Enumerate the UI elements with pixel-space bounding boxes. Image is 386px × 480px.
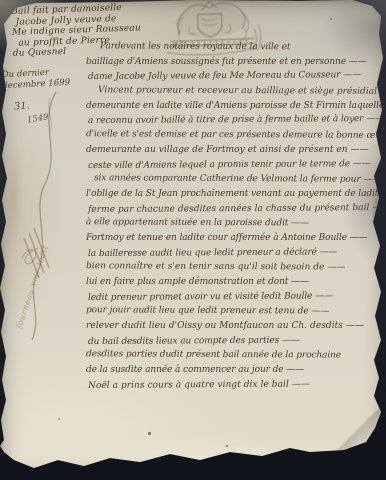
manuscript-scan: Bail fait par damoiselleJacobe Jolly veu… <box>0 0 386 480</box>
paper-speck <box>148 432 151 435</box>
paper-speck <box>58 418 60 420</box>
manuscript-line: l'oblige de la St Jean prochainement ven… <box>86 187 382 202</box>
manuscript-line: bien connaître et s'en tenir sans qu'il … <box>86 260 382 276</box>
manuscript-line: demeurante en ladite ville d'Amiens paro… <box>86 99 382 114</box>
manuscript-line: à elle appartenant située en la paroisse… <box>86 215 382 231</box>
manuscript-line: six années comparante Catherine de Velmo… <box>86 171 382 187</box>
manuscript-line: de la susdite année à commencer au jour … <box>86 363 382 378</box>
manuscript-line: desdites parties dudit présent bail anné… <box>86 348 382 364</box>
paper-sheet: Bail fait par damoiselleJacobe Jolly veu… <box>0 0 386 480</box>
manuscript-line: Noël a prins cours à quatre vingt dix le… <box>88 377 384 394</box>
brown-smudge <box>4 120 30 270</box>
manuscript-line: relever dudit lieu d'Oissy ou Montfaucon… <box>86 319 382 334</box>
margin-date-note: Du dernier decembre 1699 <box>1 66 88 92</box>
paper-speck <box>226 445 228 447</box>
manuscript-line: demeurante au village de Fortmoy et ains… <box>86 143 382 158</box>
manuscript-line: Vincent procureur et receveur au baillia… <box>86 83 382 99</box>
paper-speck <box>330 18 332 20</box>
body-text: Pardevant les notaires royaux de la vill… <box>86 40 382 393</box>
manuscript-line: Pardevant les notaires royaux de la vill… <box>86 39 382 55</box>
manuscript-line: pour jouir audit lieu que ledit preneur … <box>86 304 382 320</box>
fold-crease <box>316 392 386 462</box>
manuscript-line: lui en faire plus ample démonstration et… <box>86 275 382 290</box>
manuscript-line: d'icelle et s'est demise et par ces prés… <box>86 127 382 143</box>
gray-smudge <box>368 180 384 244</box>
manuscript-line: Fortmoy et tenue en ladite cour affermée… <box>86 231 382 246</box>
manuscript-line: bailliage d'Amiens soussignés fut présen… <box>86 55 382 70</box>
